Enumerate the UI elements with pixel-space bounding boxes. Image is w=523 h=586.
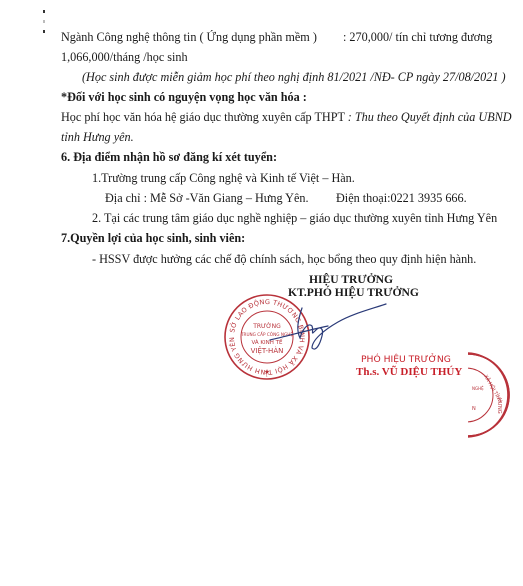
partial-stamp-right: XÃ HỘI TỈNH HƯNG NGHỆ N (468, 352, 523, 438)
signer-name: Th.s. VŨ DIỆU THÚY (356, 366, 462, 378)
section6-item-1: 1.Trường trung cấp Công nghệ và Kinh tế … (92, 171, 355, 185)
svg-text:N: N (472, 406, 476, 412)
it-fee-line-2: 1,066,000/tháng /học sinh (61, 50, 188, 64)
exemption-note: (Học sinh được miễn giảm học phí theo ng… (82, 70, 506, 84)
handwritten-signature (268, 300, 388, 360)
it-fee-amount: : 270,000/ tín chỉ tương đương (343, 30, 492, 44)
section7-item-1: - HSSV được hưởng các chế độ chính sách,… (92, 252, 476, 266)
margin-punch-marks (43, 10, 47, 40)
culture-heading: *Đối với học sinh có nguyện vọng học văn… (61, 90, 307, 104)
punch-mark (43, 30, 45, 33)
section6-item-2: 2. Tại các trung tâm giáo dục nghề nghiệ… (92, 211, 497, 225)
culture-fee-decision: : Thu theo Quyết định của UBND (348, 110, 512, 124)
svg-text:HƯNG: HƯNG (496, 398, 502, 414)
section6-heading: 6. Địa điểm nhận hồ sơ đăng kí xét tuyển… (61, 150, 277, 164)
signature-title: HIỆU TRƯỞNG (309, 273, 393, 286)
section7-heading: 7.Quyền lợi của học sinh, sinh viên: (61, 231, 245, 245)
section6-address: Địa chỉ : Mễ Sở -Văn Giang – Hưng Yên. (105, 191, 309, 205)
culture-fee-text: Học phí học văn hóa hệ giáo dục thường x… (61, 110, 348, 124)
punch-mark (43, 20, 45, 23)
it-fee-program: Ngành Công nghệ thông tin ( Ứng dụng phầ… (61, 30, 317, 44)
svg-text:★: ★ (264, 368, 270, 376)
it-fee-line-1-amount: : 270,000/ tín chỉ tương đương (343, 30, 492, 44)
signer-role: PHÓ HIỆU TRƯỞNG (361, 354, 451, 365)
culture-fee-line-1: Học phí học văn hóa hệ giáo dục thường x… (61, 110, 512, 124)
it-fee-line-1: Ngành Công nghệ thông tin ( Ứng dụng phầ… (61, 30, 317, 44)
punch-mark (43, 10, 45, 13)
section6-phone: Điện thoại:0221 3935 666. (336, 191, 467, 205)
svg-text:NGHỆ: NGHỆ (472, 386, 484, 391)
culture-fee-line-2: tỉnh Hưng yên. (61, 130, 134, 144)
